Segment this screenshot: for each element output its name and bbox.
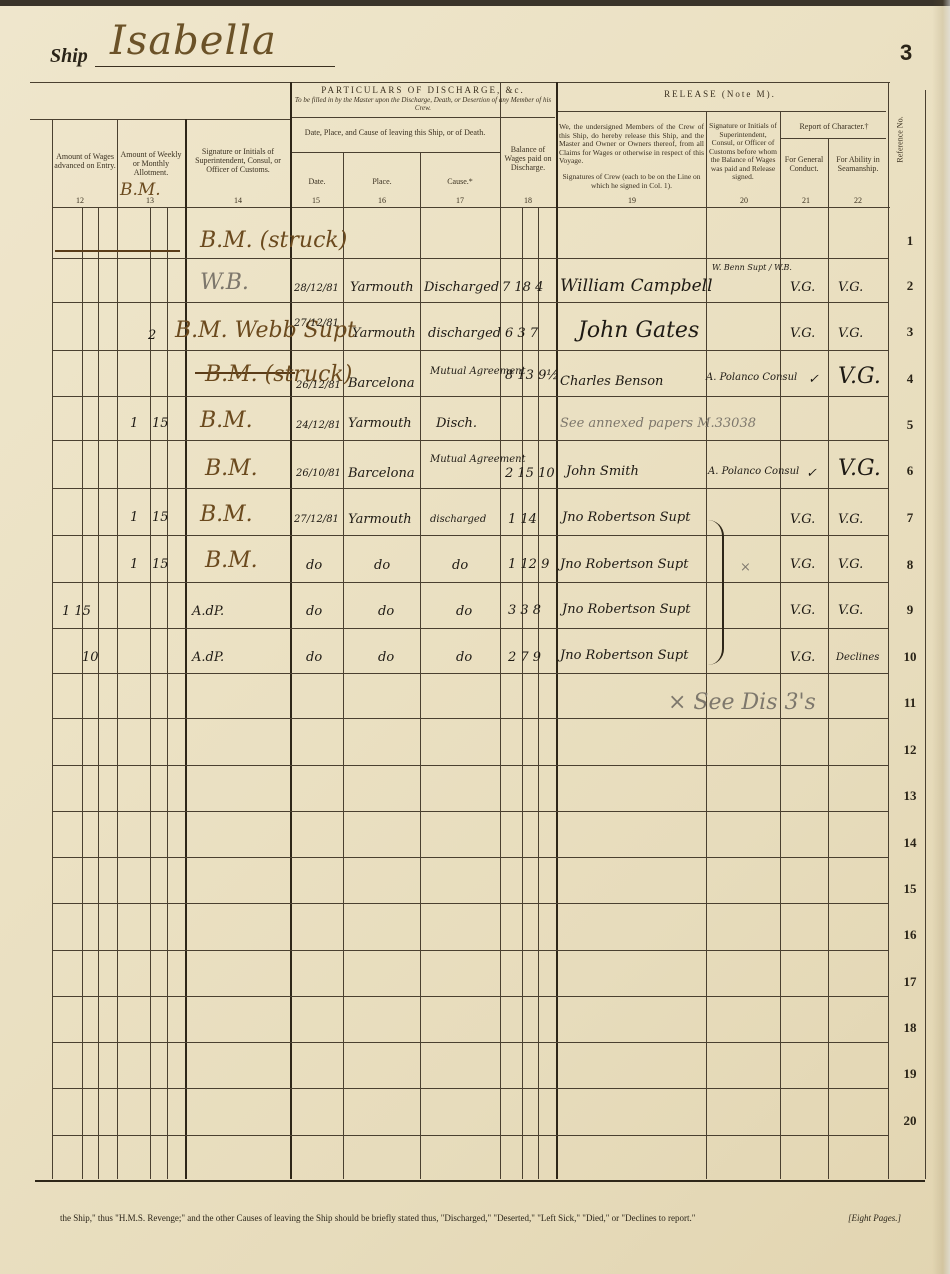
initials: A.dP. xyxy=(192,650,224,665)
discharge-cause: do xyxy=(456,604,472,619)
ability-report: V.G. xyxy=(838,557,863,572)
colnum-15: 15 xyxy=(306,196,326,205)
col19-header-signatures: Signatures of Crew (each to be on the Li… xyxy=(559,173,704,190)
ability-report: V.G. xyxy=(838,326,863,341)
crew-signature: John Smith xyxy=(566,464,639,479)
colnum-12: 12 xyxy=(70,196,90,205)
initials: A.dP. xyxy=(192,604,224,619)
advance-amount: 1 xyxy=(130,510,138,525)
col19-header-release: We, the undersigned Members of the Crew … xyxy=(559,123,704,166)
date-place-cause-header: Date, Place, and Cause of leaving this S… xyxy=(292,128,498,137)
conduct-report: ✓ xyxy=(806,466,817,481)
col18-header: Balance of Wages paid on Discharge. xyxy=(502,145,554,172)
allotment-amount: 15 xyxy=(152,557,169,572)
colnum-14: 14 xyxy=(228,196,248,205)
ref-no: 7 xyxy=(898,510,922,526)
ref-no: 18 xyxy=(898,1020,922,1036)
colnum-22: 22 xyxy=(848,196,868,205)
discharge-date: 26/10/81 xyxy=(296,468,341,479)
balance-paid: 2 15 10 xyxy=(505,466,555,481)
colnum-17: 17 xyxy=(450,196,470,205)
balance-paid: 1 14 xyxy=(508,512,537,527)
ref-no: 1 xyxy=(898,233,922,249)
annexed-papers-note: See annexed papers M.33038 xyxy=(560,416,756,431)
conduct-report: ✓ xyxy=(808,372,819,387)
colnum-21: 21 xyxy=(796,196,816,205)
balance-paid: 8 13 9½ xyxy=(505,368,559,383)
col21-header: For General Conduct. xyxy=(782,155,826,173)
crew-signature: Charles Benson xyxy=(560,374,663,389)
ability-report: V.G. xyxy=(838,603,863,618)
discharge-date: do xyxy=(306,604,322,619)
ref-no: 11 xyxy=(898,695,922,711)
ref-no: 4 xyxy=(898,371,922,387)
discharge-place: Barcelona xyxy=(348,466,415,481)
advance-amount: 10 xyxy=(82,650,99,665)
header-initials-annotation: B.M. xyxy=(120,180,161,200)
initials: B.M. xyxy=(205,548,258,573)
see-note: × See Dis 3's xyxy=(668,690,816,715)
ref-no: 19 xyxy=(898,1066,922,1082)
conduct-report: V.G. xyxy=(790,650,815,665)
ref-no: 16 xyxy=(898,927,922,943)
crew-signature: Jno Robertson Supt xyxy=(560,557,688,572)
advance-amount: 1 xyxy=(130,416,138,431)
col13-header: Amount of Weekly or Monthly Allotment. xyxy=(119,150,183,177)
witness-signature: A. Polanco Consul xyxy=(708,466,799,477)
ref-no: 5 xyxy=(898,417,922,433)
discharge-place: do xyxy=(378,604,394,619)
col20-header: Signature or Initials of Superintendent,… xyxy=(708,122,778,182)
particulars-title: PARTICULARS OF DISCHARGE, &c. xyxy=(292,86,554,95)
initials: B.M. xyxy=(200,502,253,527)
allotment-amount: 2 xyxy=(148,328,156,343)
discharge-cause: Disch. xyxy=(436,416,477,431)
witness-signature: W. Benn Supt / W.B. xyxy=(712,263,792,272)
col12-header: Amount of Wages advanced on Entry. xyxy=(54,152,116,170)
crew-signature: Jno Robertson Supt xyxy=(560,648,688,663)
crew-signature: John Gates xyxy=(578,318,699,343)
ref-no: 14 xyxy=(898,835,922,851)
balance-paid: 6 3 7 xyxy=(505,326,538,341)
discharge-date: 24/12/81 xyxy=(296,420,341,431)
report-character-header: Report of Character.† xyxy=(782,122,886,131)
advance-amount: 1 15 xyxy=(62,604,91,619)
col15-header: Date. xyxy=(292,177,342,186)
conduct-report: V.G. xyxy=(790,603,815,618)
allotment-amount: 15 xyxy=(152,510,169,525)
crew-signature: William Campbell xyxy=(560,276,713,296)
colnum-16: 16 xyxy=(372,196,392,205)
ref-no: 13 xyxy=(898,788,922,804)
discharge-cause: Discharged xyxy=(424,280,499,295)
ability-report: V.G. xyxy=(838,280,863,295)
ref-no: 20 xyxy=(898,1113,922,1129)
discharge-cause: Mutual Agreement xyxy=(430,454,526,465)
balance-paid: 1 12 9 xyxy=(508,557,549,572)
discharge-date: 28/12/81 xyxy=(294,283,339,294)
ability-report: V.G. xyxy=(838,512,863,527)
discharge-place: Barcelona xyxy=(348,376,415,391)
initials: B.M. (struck) xyxy=(200,228,347,253)
advance-amount: 1 xyxy=(130,557,138,572)
discharge-date: 27/12/81 xyxy=(294,318,339,329)
crew-signature: Jno Robertson Supt xyxy=(562,602,690,617)
colnum-20: 20 xyxy=(734,196,754,205)
discharge-place: Yarmouth xyxy=(350,280,414,295)
initials: W.B. xyxy=(200,270,249,295)
discharge-date: 26/12/81 xyxy=(296,380,341,391)
conduct-report: V.G. xyxy=(790,280,815,295)
ability-report: V.G. xyxy=(838,364,881,389)
balance-paid: 2 7 9 xyxy=(508,650,541,665)
conduct-report: V.G. xyxy=(790,326,815,341)
bracket-mark xyxy=(708,520,724,665)
col17-header: Cause.* xyxy=(422,177,498,186)
ref-no: 2 xyxy=(898,278,922,294)
witness-signature: A. Polanco Consul xyxy=(706,372,797,383)
discharge-cause: do xyxy=(456,650,472,665)
strike-through xyxy=(55,250,180,252)
discharge-place: Yarmouth xyxy=(348,512,412,527)
discharge-date: 27/12/81 xyxy=(294,514,339,525)
ref-no: 17 xyxy=(898,974,922,990)
colnum-18: 18 xyxy=(518,196,538,205)
ref-no: 10 xyxy=(898,649,922,665)
discharge-cause: discharged xyxy=(428,326,501,341)
discharge-cause: do xyxy=(452,558,468,573)
footer-page-count: [Eight Pages.] xyxy=(848,1213,901,1223)
conduct-report: V.G. xyxy=(790,557,815,572)
conduct-report: V.G. xyxy=(790,512,815,527)
col14-header: Signature or Initials of Superintendent,… xyxy=(188,147,288,174)
allotment-amount: 15 xyxy=(152,416,169,431)
particulars-subtitle: To be filled in by the Master upon the D… xyxy=(292,96,554,112)
discharge-place: Yarmouth xyxy=(352,326,416,341)
ref-no: 9 xyxy=(898,602,922,618)
ref-no: 15 xyxy=(898,881,922,897)
balance-paid: 3 3 8 xyxy=(508,603,541,618)
col22-header: For Ability in Seamanship. xyxy=(830,155,886,173)
discharge-place: Yarmouth xyxy=(348,416,412,431)
balance-paid: 7 18 4 xyxy=(502,280,543,295)
reference-no-header: Reference No. xyxy=(896,110,905,170)
discharge-date: do xyxy=(306,558,322,573)
initials: B.M. xyxy=(200,408,253,433)
ability-report: V.G. xyxy=(838,456,881,481)
release-title: RELEASE (Note M). xyxy=(600,90,840,99)
witness-mark: × xyxy=(740,560,751,575)
ref-no: 12 xyxy=(898,742,922,758)
discharge-cause: discharged xyxy=(430,514,486,525)
discharge-place: do xyxy=(378,650,394,665)
discharge-place: do xyxy=(374,558,390,573)
ref-no: 6 xyxy=(898,463,922,479)
crew-signature: Jno Robertson Supt xyxy=(562,510,690,525)
discharge-date: do xyxy=(306,650,322,665)
colnum-19: 19 xyxy=(622,196,642,205)
col16-header: Place. xyxy=(345,177,419,186)
footer-note: the Ship," thus "H.M.S. Revenge;" and th… xyxy=(60,1213,760,1224)
ref-no: 8 xyxy=(898,557,922,573)
ability-report: Declines xyxy=(836,652,879,663)
ref-no: 3 xyxy=(898,324,922,340)
initials: B.M. xyxy=(205,456,258,481)
